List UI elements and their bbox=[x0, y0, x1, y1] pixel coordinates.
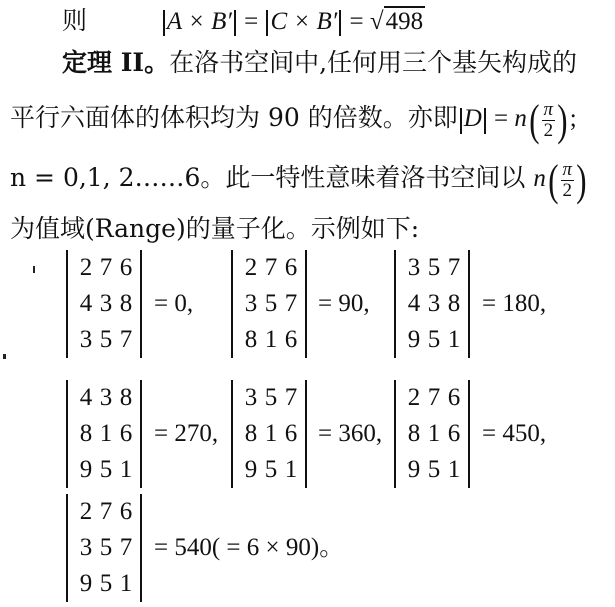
frac-denominator: 2 bbox=[542, 121, 556, 141]
line-1: 则 A × B′ = C × B′ = √498 bbox=[62, 6, 425, 37]
scan-artifact bbox=[3, 354, 6, 359]
theorem-text-2: 平行六面体的体积均为 90 的倍数。亦即 bbox=[10, 103, 458, 132]
semicolon: ; bbox=[570, 105, 577, 132]
sqrt-expression: √498 bbox=[370, 7, 425, 37]
determinant-1-result: = 0, bbox=[154, 286, 193, 322]
frac-numerator: π bbox=[561, 160, 575, 181]
expr-a-cross-b: A × B′ bbox=[167, 8, 232, 35]
determinant-3-result: = 180, bbox=[482, 286, 546, 322]
pi-over-2-fraction: π2 bbox=[542, 100, 556, 141]
equals-sign: = bbox=[494, 105, 508, 132]
theorem-line-1: 定理 II。在洛书空间中,任何用三个基矢构成的 bbox=[62, 48, 577, 78]
determinant-4-result: = 270, bbox=[154, 416, 218, 452]
theorem-line-4: 为值域(Range)的量子化。示例如下: bbox=[10, 214, 419, 244]
equals-sign: = bbox=[350, 8, 364, 35]
pi-over-2-fraction: π2 bbox=[561, 160, 575, 201]
theorem-text-4: 为值域(Range)的量子化。示例如下: bbox=[10, 214, 419, 243]
theorem-text-1: 在洛书空间中,任何用三个基矢构成的 bbox=[169, 48, 577, 77]
determinant-5: 357 816 951 bbox=[231, 380, 307, 488]
determinant-2: 276 357 816 bbox=[231, 250, 307, 358]
determinant-2-result: = 90, bbox=[318, 286, 370, 322]
determinant-1: 276 438 357 bbox=[66, 250, 142, 358]
determinant-4: 438 816 951 bbox=[66, 380, 142, 488]
expr-c-cross-b: C × B′ bbox=[270, 8, 337, 35]
determinant-7: 276 357 951 bbox=[66, 494, 142, 602]
equals-sign: = bbox=[244, 8, 258, 35]
det-symbol: D bbox=[464, 105, 482, 132]
scan-artifact bbox=[33, 266, 35, 273]
frac-numerator: π bbox=[542, 100, 556, 121]
determinant-5-result: = 360, bbox=[318, 416, 382, 452]
prefix-text: 则 bbox=[62, 6, 87, 35]
determinant-6-result: = 450, bbox=[482, 416, 546, 452]
theorem-title: 定理 II。 bbox=[62, 48, 169, 77]
theorem-line-3: n = 0,1, 2……6。此一特性意味着洛书空间以 n(π2) bbox=[10, 160, 589, 201]
theorem-text-3: n = 0,1, 2……6。此一特性意味着洛书空间以 bbox=[10, 163, 525, 192]
sqrt-value: 498 bbox=[384, 6, 426, 35]
frac-denominator: 2 bbox=[561, 181, 575, 201]
cross-product-expression: A × B′ = C × B′ = √498 bbox=[161, 8, 425, 35]
n-variable: n bbox=[514, 105, 527, 132]
n-variable: n bbox=[533, 165, 546, 192]
theorem-line-2: 平行六面体的体积均为 90 的倍数。亦即D = n(π2); bbox=[10, 100, 577, 141]
determinant-6: 276 816 951 bbox=[394, 380, 470, 488]
determinant-7-result: = 540( = 6 × 90)。 bbox=[154, 530, 344, 566]
determinant-3: 357 438 951 bbox=[394, 250, 470, 358]
